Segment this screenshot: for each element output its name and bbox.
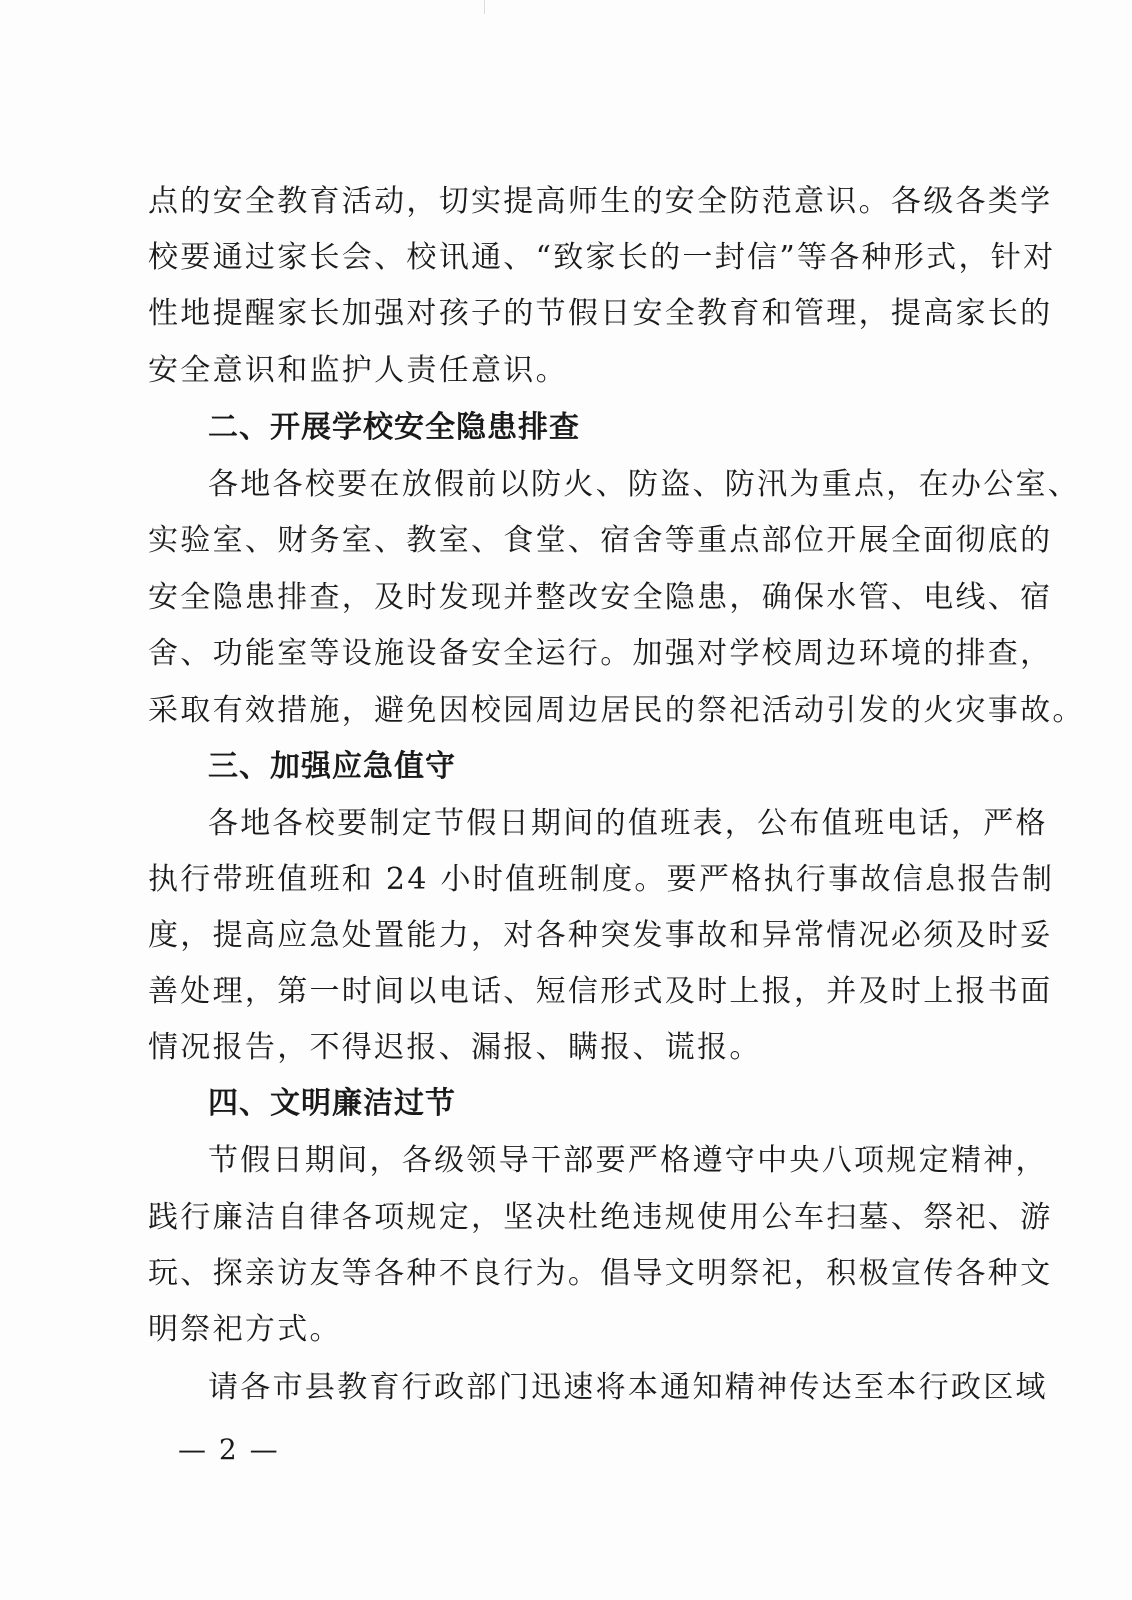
body-line: 点的安全教育活动，切实提高师生的安全防范意识。各级各类学 bbox=[148, 182, 998, 222]
page-number: — 2 — bbox=[178, 1432, 280, 1468]
body-line: 情况报告，不得迟报、漏报、瞒报、谎报。 bbox=[148, 1028, 998, 1068]
body-line: 各地各校要制定节假日期间的值班表，公布值班电话，严格 bbox=[208, 804, 1058, 844]
body-line: 明祭祀方式。 bbox=[148, 1310, 998, 1350]
body-line: 节假日期间，各级领导干部要严格遵守中央八项规定精神， bbox=[208, 1141, 1058, 1181]
body-line: 实验室、财务室、教室、食堂、宿舍等重点部位开展全面彻底的 bbox=[148, 521, 998, 561]
section-heading-2: 二、开展学校安全隐患排查 bbox=[208, 408, 1058, 448]
document-page: 点的安全教育活动，切实提高师生的安全防范意识。各级各类学 校要通过家长会、校讯通… bbox=[0, 0, 1132, 1600]
body-line: 度，提高应急处置能力，对各种突发事故和异常情况必须及时妥 bbox=[148, 916, 998, 956]
body-line: 践行廉洁自律各项规定，坚决杜绝违规使用公车扫墓、祭祀、游 bbox=[148, 1198, 998, 1238]
scan-mark bbox=[484, 0, 485, 14]
body-line: 舍、功能室等设施设备安全运行。加强对学校周边环境的排查， bbox=[148, 634, 998, 674]
body-line: 玩、探亲访友等各种不良行为。倡导文明祭祀，积极宣传各种文 bbox=[148, 1254, 998, 1294]
body-line: 请各市县教育行政部门迅速将本通知精神传达至本行政区域 bbox=[208, 1368, 1058, 1408]
body-line: 采取有效措施，避免因校园周边居民的祭祀活动引发的火灾事故。 bbox=[148, 691, 998, 731]
section-heading-3: 三、加强应急值守 bbox=[208, 747, 1058, 787]
section-heading-4: 四、文明廉洁过节 bbox=[208, 1084, 1058, 1124]
body-line: 安全意识和监护人责任意识。 bbox=[148, 351, 998, 391]
body-line: 善处理，第一时间以电话、短信形式及时上报，并及时上报书面 bbox=[148, 972, 998, 1012]
body-line: 安全隐患排查，及时发现并整改安全隐患，确保水管、电线、宿 bbox=[148, 578, 998, 618]
body-line: 校要通过家长会、校讯通、“致家长的一封信”等各种形式，针对 bbox=[148, 238, 998, 278]
body-line: 性地提醒家长加强对孩子的节假日安全教育和管理，提高家长的 bbox=[148, 294, 998, 334]
body-line: 执行带班值班和 24 小时值班制度。要严格执行事故信息报告制 bbox=[148, 860, 998, 900]
body-line: 各地各校要在放假前以防火、防盗、防汛为重点，在办公室、 bbox=[208, 465, 1058, 505]
